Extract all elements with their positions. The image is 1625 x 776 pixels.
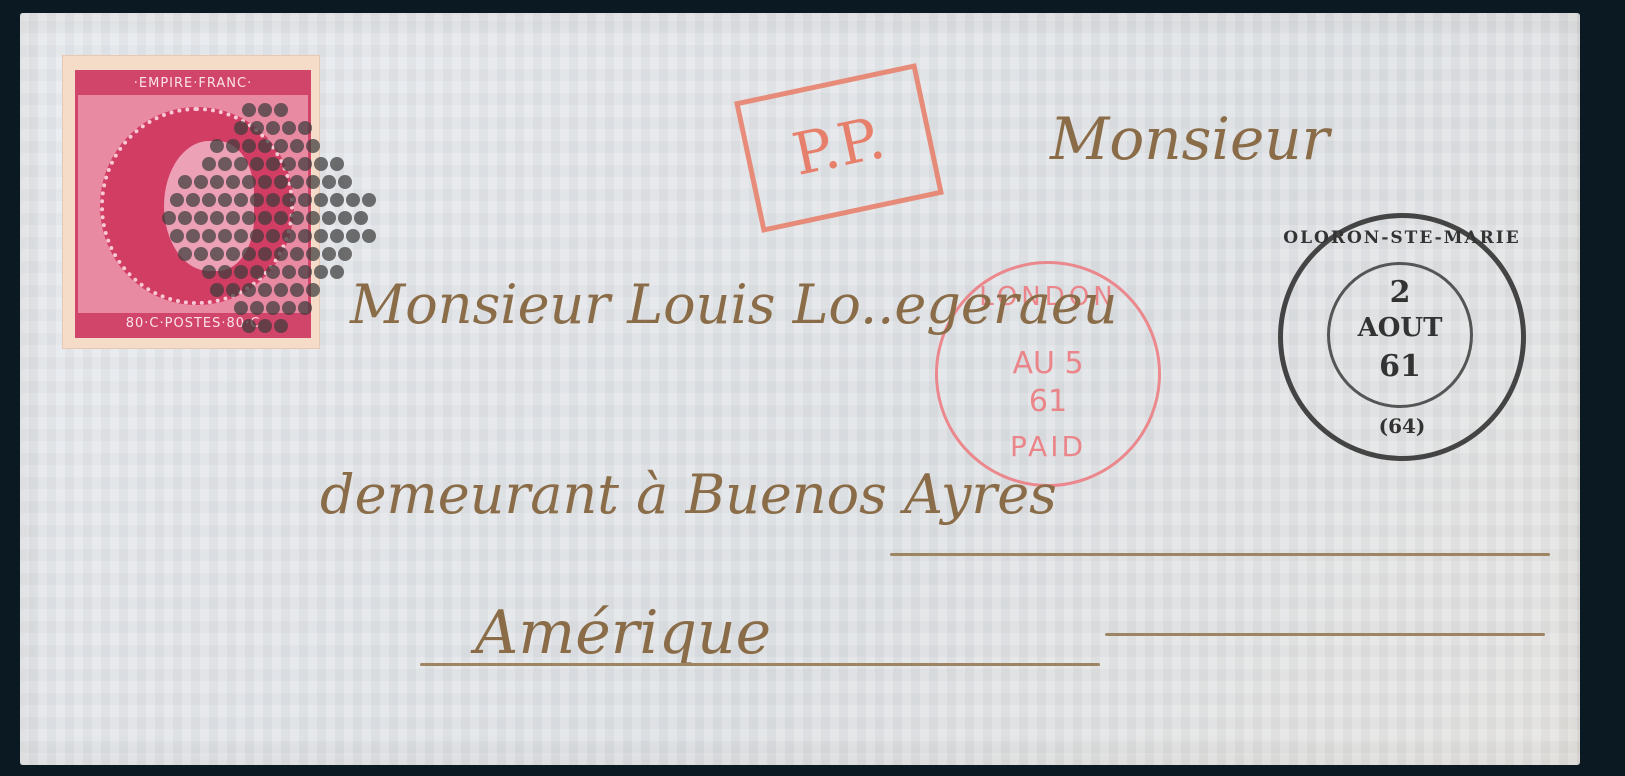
dotted-cancel-icon <box>150 88 380 348</box>
oloron-dept: (64) <box>1283 414 1521 438</box>
oloron-year: 61 <box>1330 349 1470 384</box>
oloron-day: 2 <box>1330 275 1470 310</box>
oloron-month: AOUT <box>1330 313 1470 343</box>
address-line-2: demeurant à Buenos Ayres <box>320 463 1057 526</box>
london-date-line2: 61 <box>938 384 1158 419</box>
underline-2 <box>1105 633 1545 636</box>
london-date-line1: AU 5 <box>938 346 1158 381</box>
underline-1 <box>890 553 1550 556</box>
postal-cover: ·EMPIRE·FRANC· 80·C·POSTES·80·C P.P. LON… <box>20 13 1580 765</box>
oloron-postmark: OLORON-STE-MARIE 2 AOUT 61 (64) <box>1278 213 1526 461</box>
london-bottom-text: PAID <box>938 430 1158 463</box>
oloron-inner-ring: 2 AOUT 61 <box>1327 262 1473 408</box>
salutation-text: Monsieur <box>1050 105 1329 173</box>
address-line-1: Monsieur Louis Lo..egeraeu <box>350 273 1118 336</box>
pp-handstamp: P.P. <box>734 63 944 233</box>
oloron-ring-text: OLORON-STE-MARIE <box>1283 228 1521 248</box>
underline-3 <box>420 663 1100 666</box>
address-line-3: Amérique <box>475 598 771 668</box>
